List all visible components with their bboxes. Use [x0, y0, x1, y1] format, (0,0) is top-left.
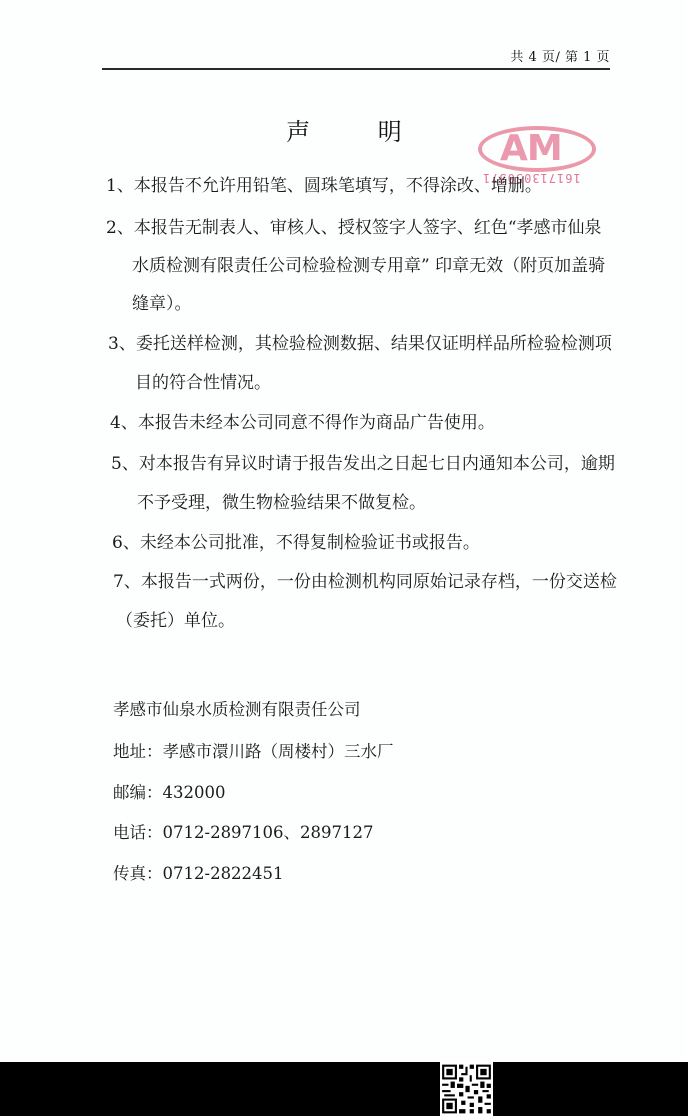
item-text: 本报告未经本公司同意不得作为商品广告使用。 [138, 413, 495, 433]
statement-item-5: 5、对本报告有异议时请于报告发出之日起七日内通知本公司，逾期 [111, 454, 615, 474]
document-page: 共 4 页/ 第 1 页 声 明 AM 161713050371 1、本报告不允… [0, 0, 688, 1062]
company-name: 孝感市仙泉水质检测有限责任公司 [113, 700, 361, 720]
item-text: 本报告不允许用铅笔、圆珠笔填写，不得涂改、增删。 [134, 176, 542, 196]
statement-item-2-line-3: 缝章）。 [132, 294, 192, 314]
statement-item-7-line-2: （委托）单位。 [116, 611, 235, 631]
header-rule [102, 68, 610, 70]
company-phone: 电话：0712-2897106、2897127 [113, 823, 374, 843]
item-text: 委托送样检测，其检验检测数据、结果仅证明样品所检验检测项 [136, 334, 612, 354]
item-number: 4、 [110, 413, 138, 433]
page-indicator: 共 4 页/ 第 1 页 [510, 46, 610, 65]
item-number: 7、 [113, 572, 141, 592]
stamp-mark: AM [500, 128, 562, 169]
statement-item-6: 6、未经本公司批准，不得复制检验证书或报告。 [112, 533, 480, 553]
item-number: 6、 [112, 533, 140, 553]
statement-item-5-line-2: 不予受理，微生物检验结果不做复检。 [137, 493, 426, 513]
item-text: 未经本公司批准，不得复制检验证书或报告。 [140, 533, 480, 553]
statement-item-4: 4、本报告未经本公司同意不得作为商品广告使用。 [110, 413, 495, 433]
statement-item-2-line-2: 水质检测有限责任公司检验检测专用章” 印章无效（附页加盖骑 [132, 256, 605, 276]
item-text: 本报告无制表人、审核人、授权签字人签字、红色“孝感市仙泉 [134, 218, 602, 238]
statement-item-3-line-2: 目的符合性情况。 [135, 373, 271, 393]
statement-item-3: 3、委托送样检测，其检验检测数据、结果仅证明样品所检验检测项 [108, 334, 612, 354]
company-address: 地址：孝感市澴川路（周楼村）三水厂 [113, 742, 394, 762]
statement-item-1: 1、本报告不允许用铅笔、圆珠笔填写，不得涂改、增删。 [106, 176, 542, 196]
qr-code-icon[interactable] [440, 1062, 493, 1116]
statement-item-7: 7、本报告一式两份，一份由检测机构同原始记录存档，一份交送检 [113, 572, 617, 592]
item-number: 2、 [106, 218, 134, 238]
item-text: 本报告一式两份，一份由检测机构同原始记录存档，一份交送检 [141, 572, 617, 592]
company-postcode: 邮编：432000 [113, 783, 226, 803]
item-number: 5、 [111, 454, 139, 474]
item-number: 3、 [108, 334, 136, 354]
footer-bar [0, 1062, 688, 1116]
company-fax: 传真：0712-2822451 [113, 864, 284, 884]
item-text: 对本报告有异议时请于报告发出之日起七日内通知本公司，逾期 [139, 454, 615, 474]
statement-item-2: 2、本报告无制表人、审核人、授权签字人签字、红色“孝感市仙泉 [106, 218, 602, 238]
item-number: 1、 [106, 176, 134, 196]
